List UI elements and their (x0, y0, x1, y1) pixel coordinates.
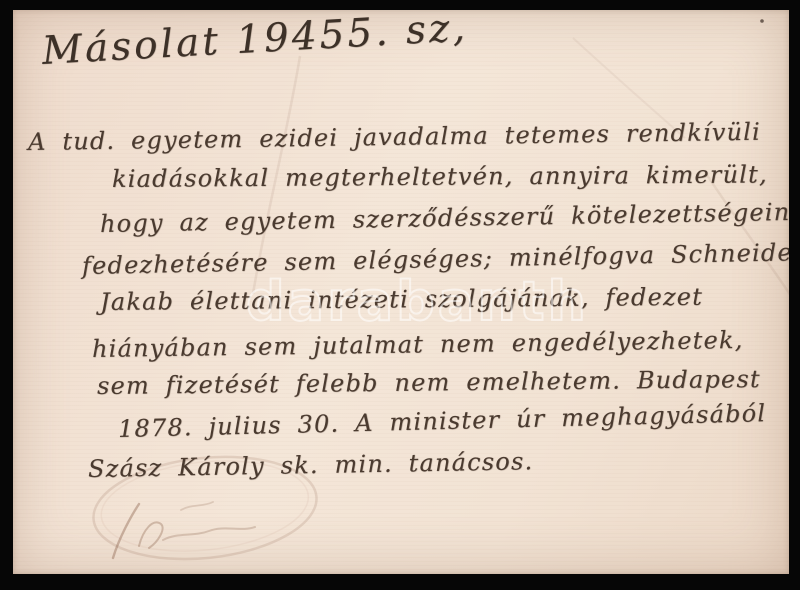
handwritten-line-8: 1878. julius 30. A minister úr meghagyás… (118, 397, 767, 445)
handwritten-line-4: fedezhetésére sem elégséges; minélfogva … (82, 236, 789, 282)
pencil-scribble (113, 502, 255, 558)
handwritten-line-2: kiadásokkal megterheltetvén, annyira kim… (112, 158, 768, 195)
handwritten-line-7: sem fizetését felebb nem emelhetem. Buda… (97, 363, 761, 402)
document-photo: Másolat 19455. sz, A tud. egyetem ezidei… (0, 0, 800, 590)
manuscript-paper: Másolat 19455. sz, A tud. egyetem ezidei… (13, 10, 789, 574)
handwritten-line-5: Jakab élettani intézeti szolgájának, fed… (100, 281, 703, 318)
handwritten-line-1: A tud. egyetem ezidei javadalma tetemes … (28, 116, 761, 158)
handwritten-line-9: Szász Károly sk. min. tanácsos. (88, 445, 534, 485)
handwritten-line-6: hiányában sem jutalmat nem engedélyezhet… (92, 324, 744, 365)
document-heading: Másolat 19455. sz, (41, 10, 469, 74)
ink-dot (760, 19, 764, 23)
handwritten-line-3: hogy az egyetem szerződésszerű kötelezet… (100, 195, 789, 240)
